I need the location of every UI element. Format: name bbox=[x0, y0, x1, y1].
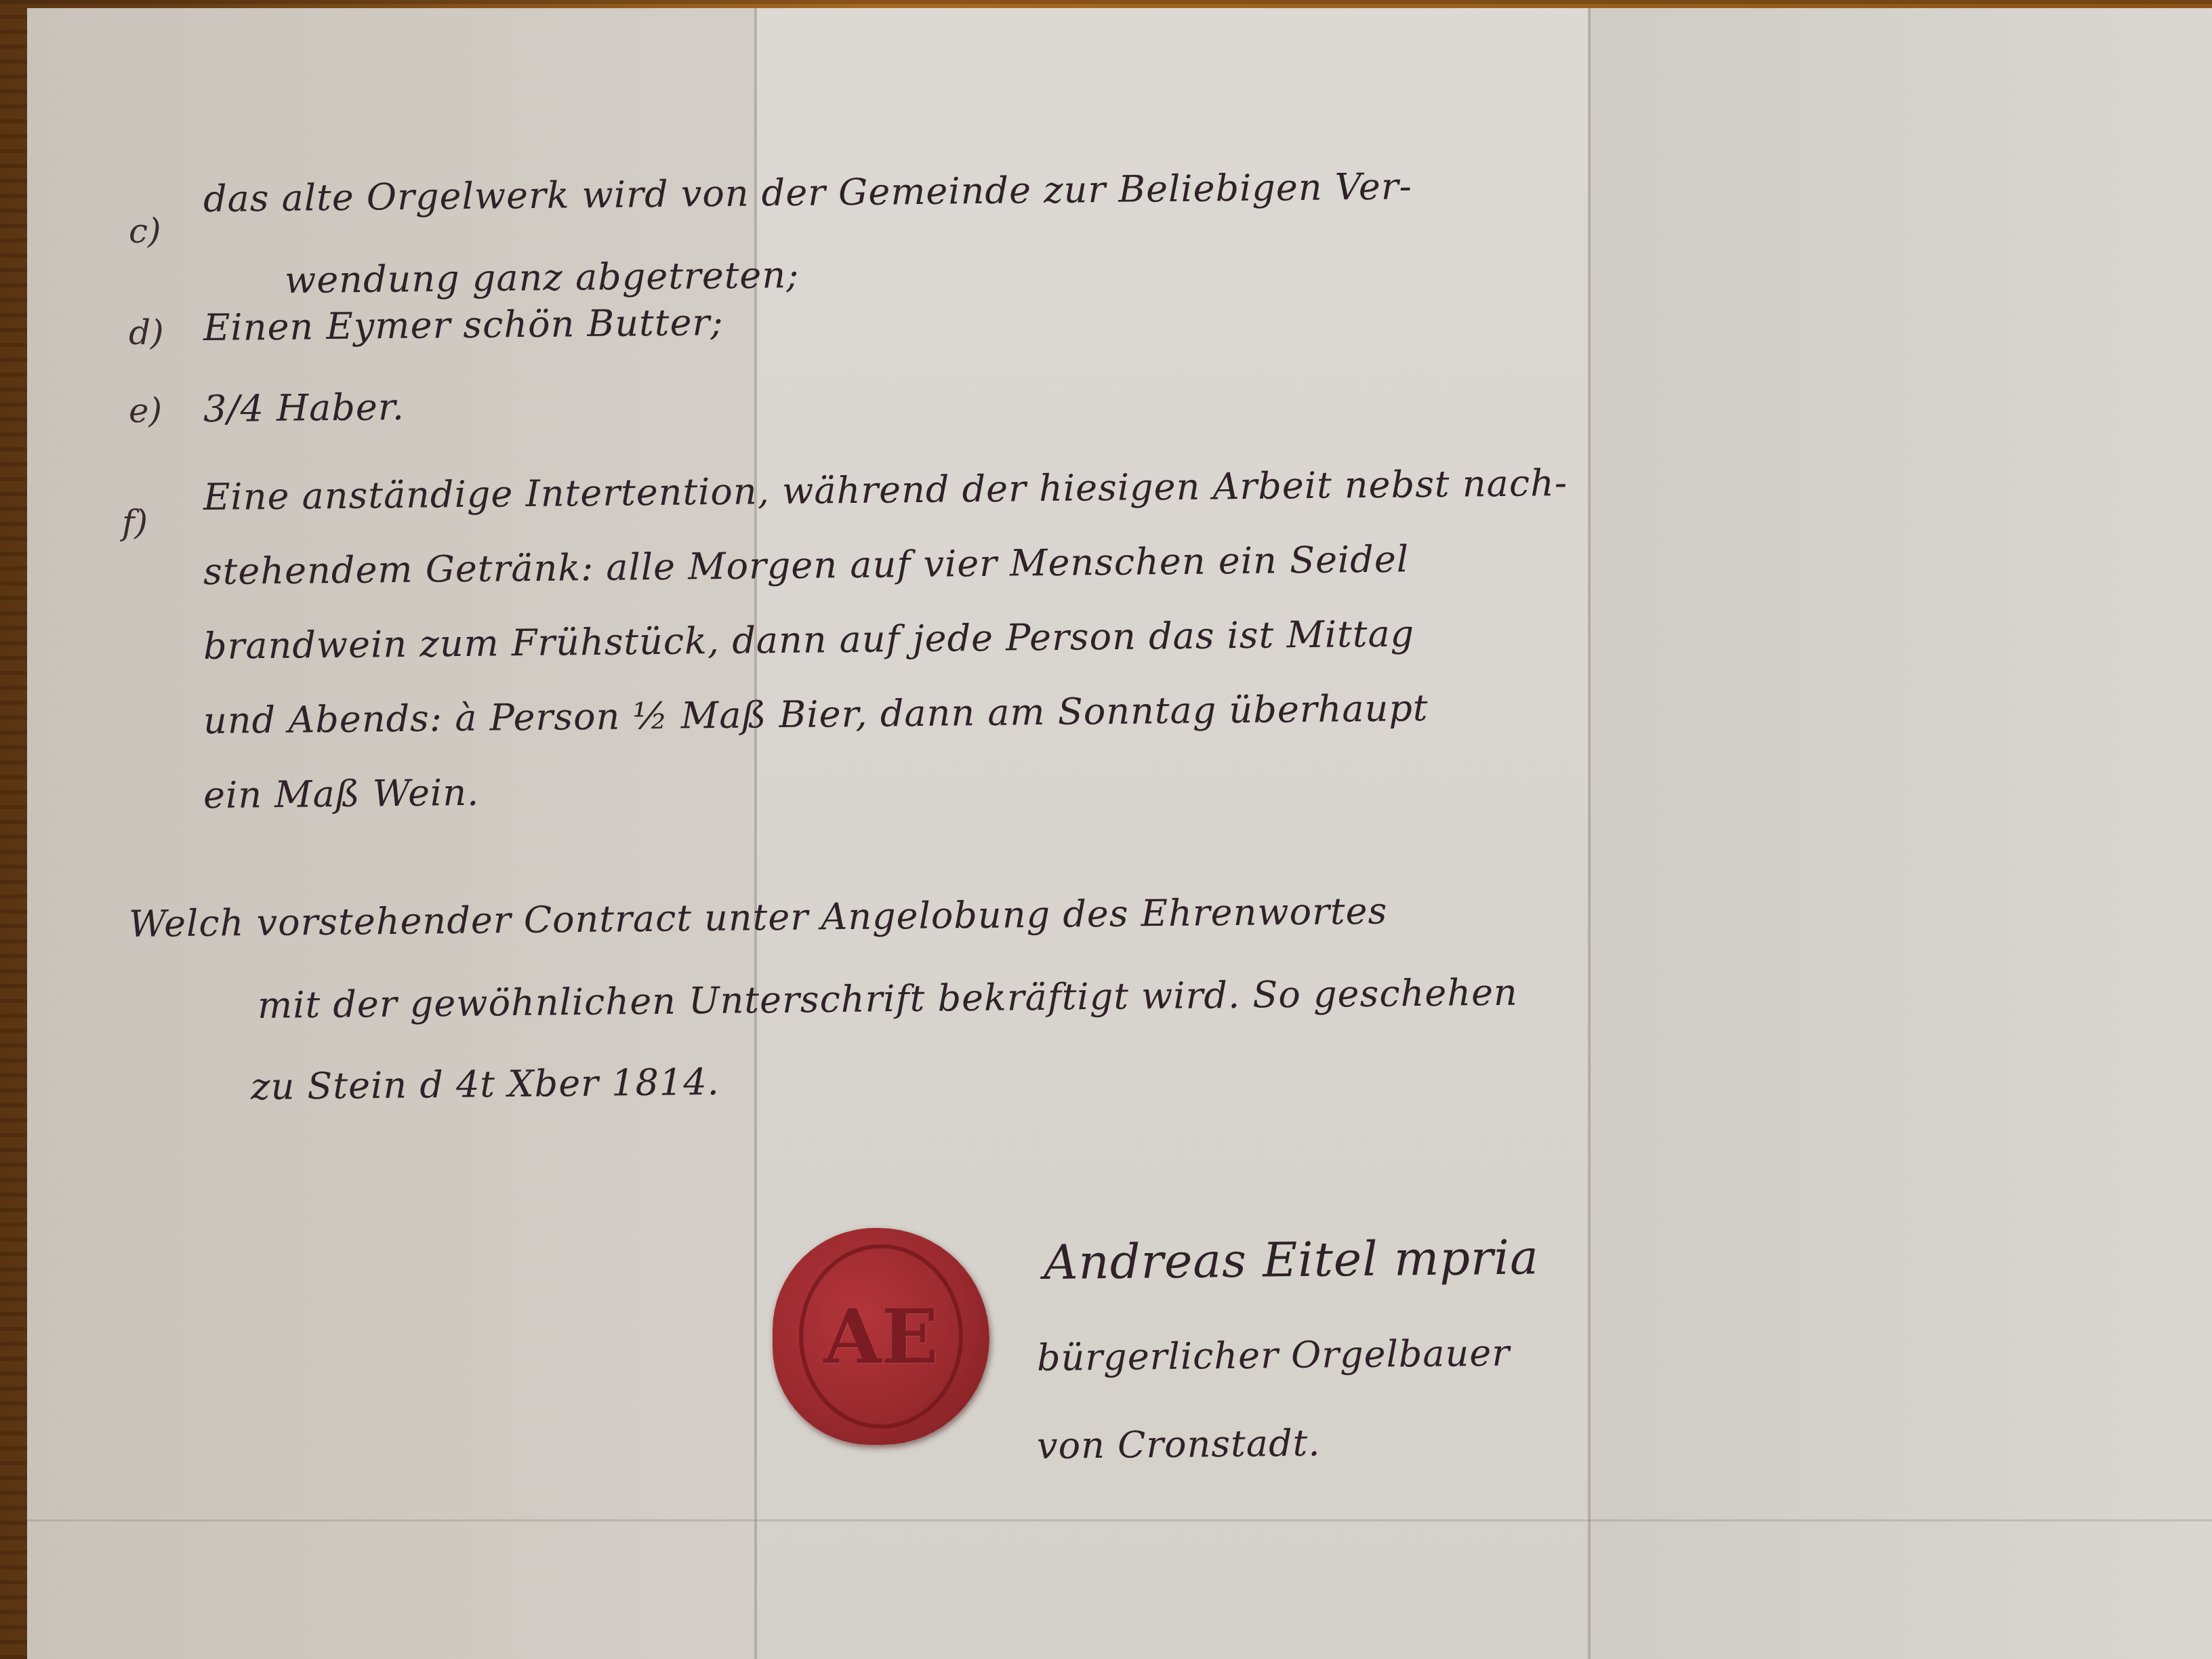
seal-monogram: AE bbox=[799, 1244, 963, 1429]
item-marker-d: d) bbox=[129, 313, 164, 352]
item-f-line-5: ein Maß Wein. bbox=[203, 771, 480, 817]
item-marker-f: f) bbox=[122, 503, 148, 542]
item-c-line-2: wendung ganz abgetreten; bbox=[285, 253, 800, 302]
item-d-line-1: Einen Eymer schön Butter; bbox=[203, 301, 724, 349]
horizontal-fold-line bbox=[27, 1519, 2212, 1521]
signature-name: Andreas Eitel mpria bbox=[1044, 1229, 1540, 1290]
paper-sheet: c) das alte Orgelwerk wird von der Gemei… bbox=[27, 8, 2212, 1659]
item-marker-c: c) bbox=[129, 211, 161, 251]
signature-title: bürgerlicher Orgelbauer bbox=[1037, 1332, 1511, 1379]
signature-place: von Cronstadt. bbox=[1037, 1422, 1321, 1467]
item-e-line-1: 3/4 Haber. bbox=[203, 386, 405, 430]
closing-line-3: zu Stein d 4t Xber 1814. bbox=[251, 1061, 720, 1108]
right-fold-panel bbox=[1589, 8, 2212, 1659]
wax-seal-icon: AE bbox=[773, 1228, 989, 1445]
vertical-fold-line bbox=[1588, 8, 1591, 1659]
item-marker-e: e) bbox=[129, 391, 162, 430]
